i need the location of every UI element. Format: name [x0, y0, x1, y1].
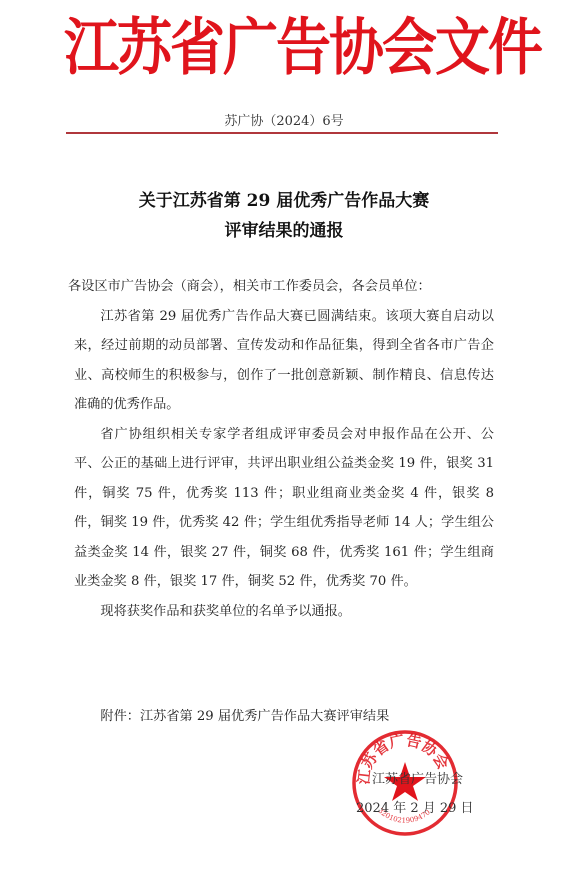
- red-rule-divider: [66, 132, 498, 134]
- paragraph-3: 现将获奖作品和获奖单位的名单予以通报。: [74, 597, 494, 627]
- document-masthead: 江苏省广告协会文件: [64, 8, 504, 86]
- paragraph-1: 江苏省第 29 届优秀广告作品大赛已圆满结束。该项大赛自启动以来，经过前期的动员…: [74, 302, 494, 420]
- document-title-line1: 关于江苏省第 29 届优秀广告作品大赛: [0, 186, 568, 211]
- document-title-line2: 评审结果的通报: [0, 216, 568, 241]
- salutation: 各设区市广告协会（商会），相关市工作委员会，各会员单位：: [68, 272, 500, 302]
- signing-organization: 江苏省广告协会: [372, 768, 463, 787]
- document-number: 苏广协（2024）6号: [0, 110, 568, 129]
- document-body: 各设区市广告协会（商会），相关市工作委员会，各会员单位： 江苏省第 29 届优秀…: [74, 272, 494, 626]
- signing-date: 2024 年 2 月 29 日: [356, 797, 474, 816]
- paragraph-2: 省广协组织相关专家学者组成评审委员会对申报作品在公开、公平、公正的基础上进行评审…: [74, 420, 494, 597]
